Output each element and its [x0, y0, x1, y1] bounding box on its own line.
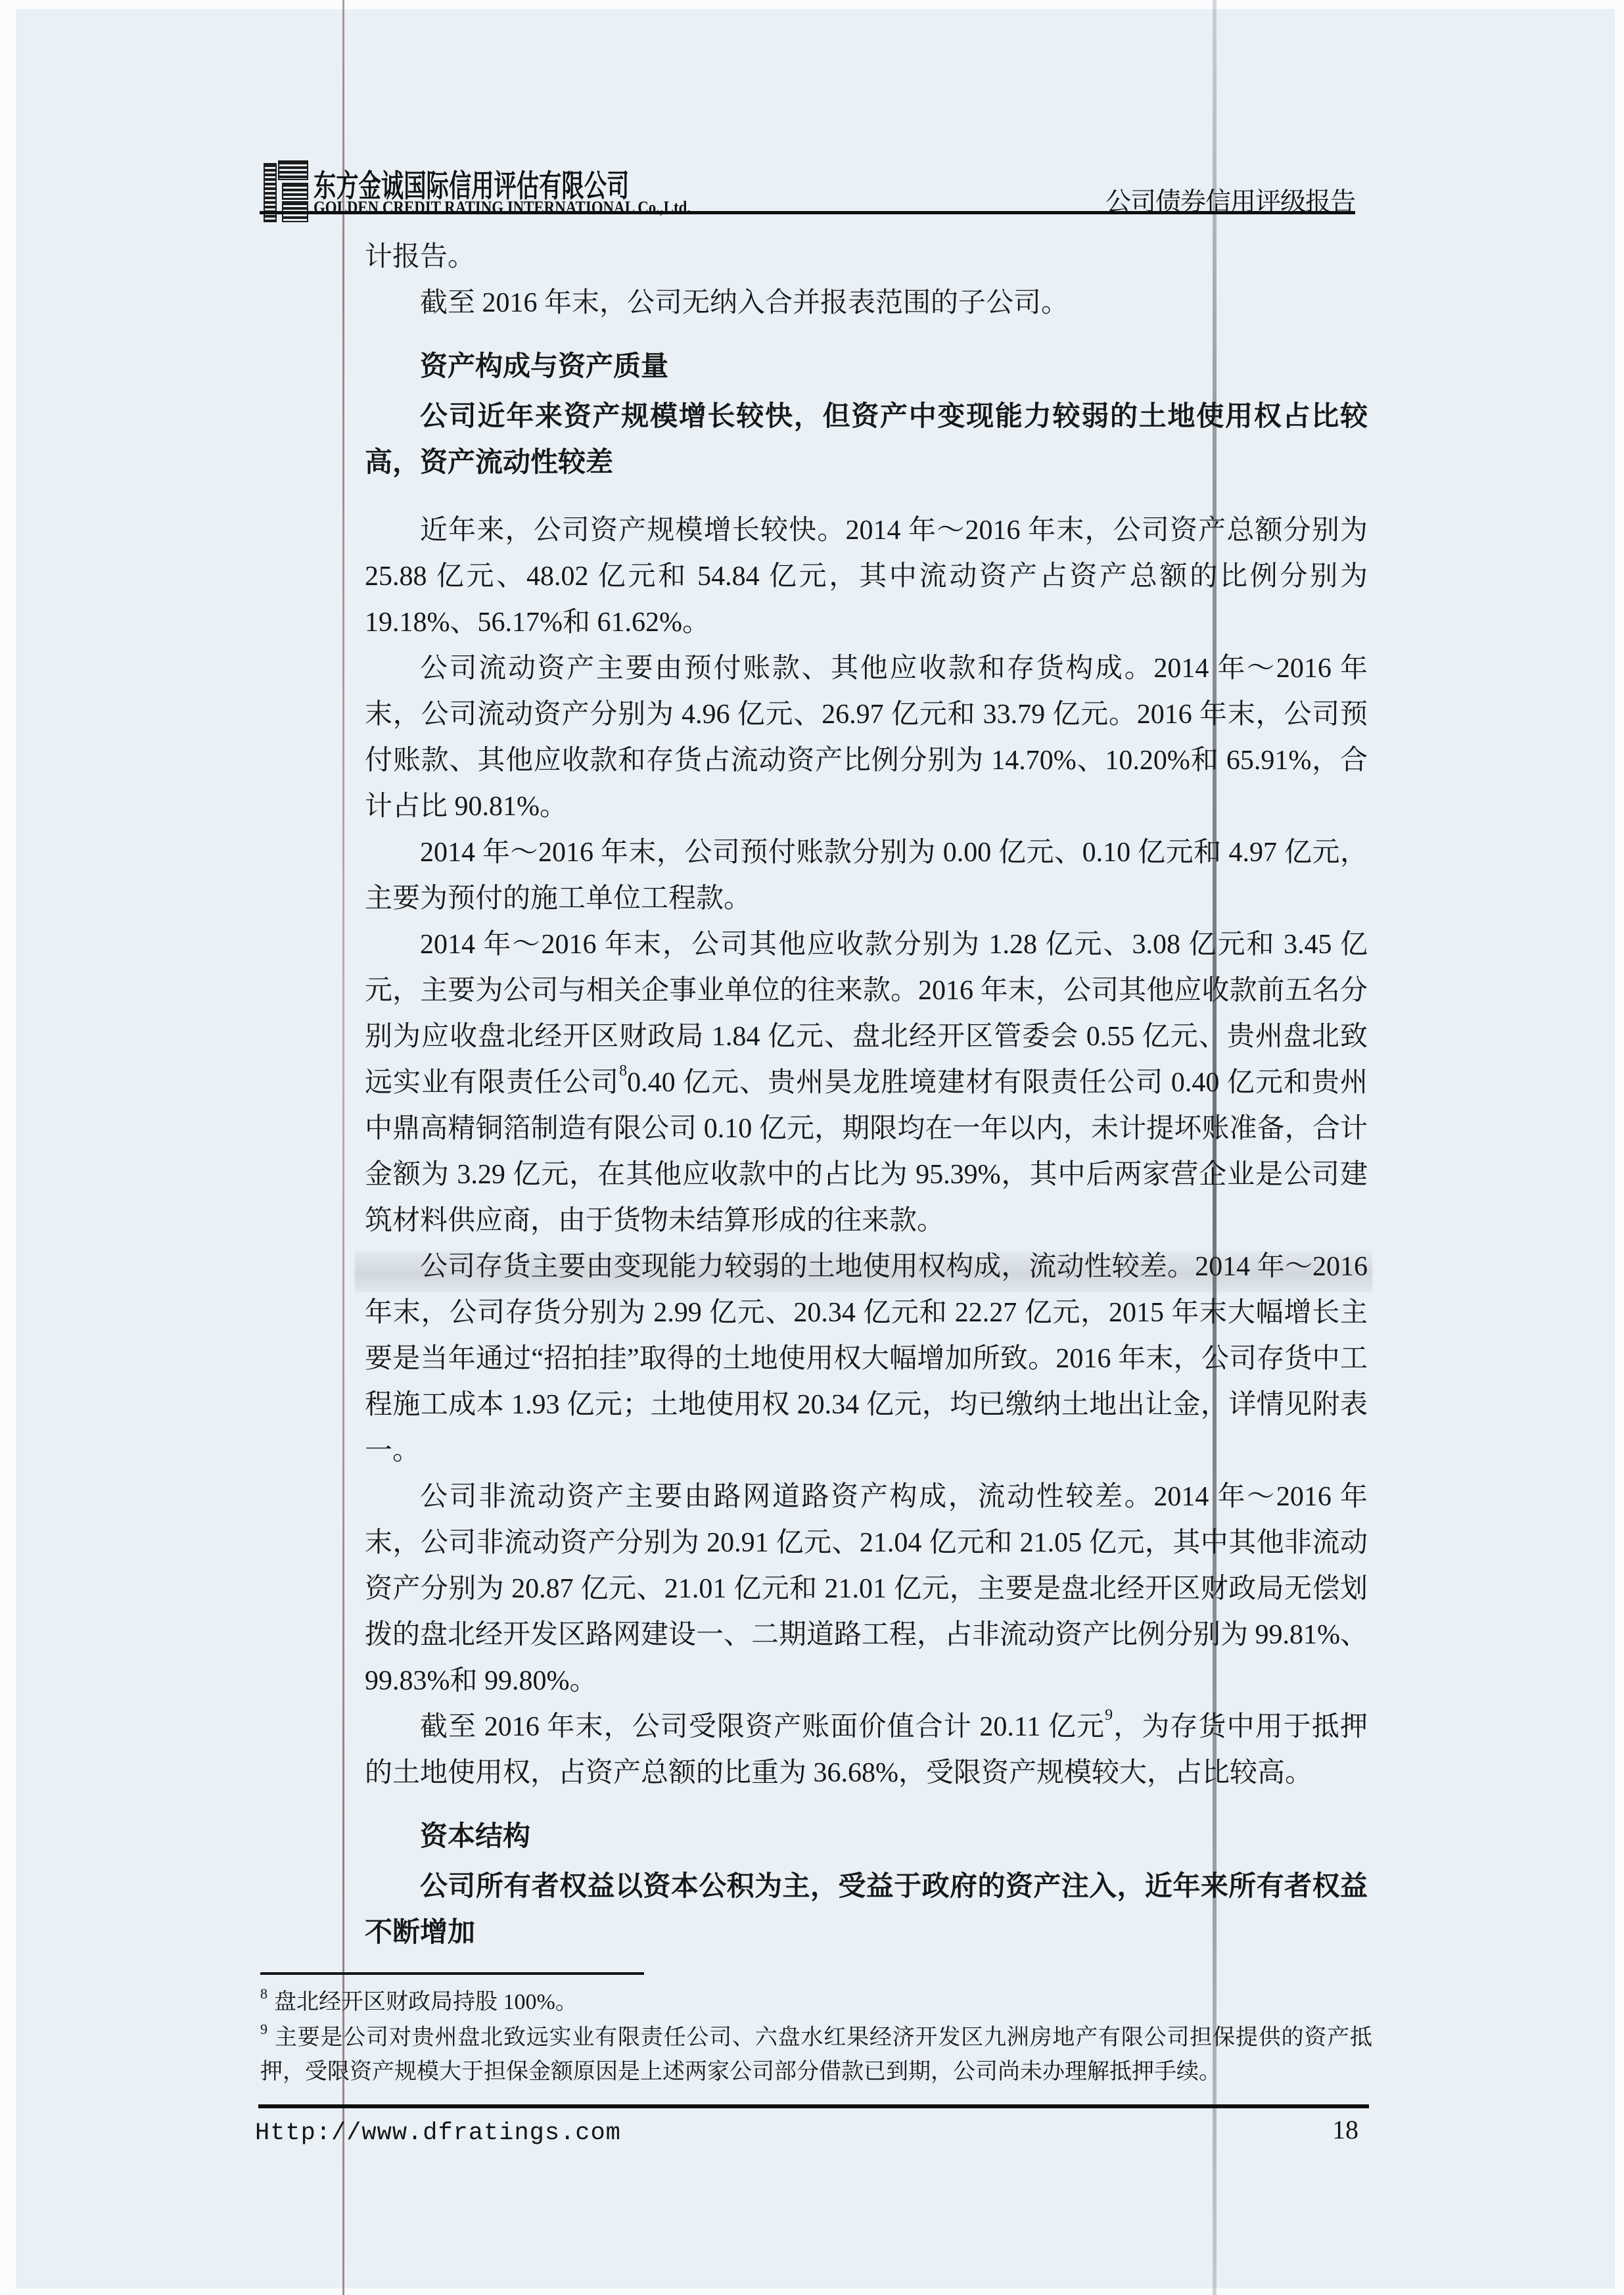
page-number: 18 [1332, 2114, 1358, 2145]
section-heading-asset-composition: 资产构成与资产质量 [365, 343, 1368, 389]
paragraph-prepayments: 2014 年～2016 年末，公司预付账款分别为 0.00 亿元、0.10 亿元… [365, 830, 1368, 922]
scan-margin-bottom [0, 2288, 1624, 2295]
footnotes: 8盘北经开区财政局持股 100%。 9主要是公司对贵州盘北致远实业有限责任公司、… [260, 1985, 1372, 2091]
paragraph-continuation: 计报告。 [365, 234, 1368, 280]
report-body: 计报告。 截至 2016 年末，公司无纳入合并报表范围的子公司。 资产构成与资产… [365, 234, 1368, 1977]
scan-margin-left [0, 0, 16, 2295]
footnote-separator [260, 1972, 644, 1975]
footer-rule [258, 2104, 1369, 2108]
scan-margin-top [0, 0, 1624, 9]
footnote-9-number: 9 [260, 2021, 267, 2037]
paragraph-inventory: 公司存货主要由变现能力较弱的土地使用权构成，流动性较差。2014 年～2016 … [365, 1244, 1368, 1474]
footnote-9: 9主要是公司对贵州盘北致远实业有限责任公司、六盘水红果经济开发区九洲房地产有限公… [260, 2021, 1372, 2089]
footer-url: Http://www.dfratings.com [255, 2119, 621, 2147]
bold-summary-asset-growth: 公司近年来资产规模增长较快，但资产中变现能力较弱的土地使用权占比较高，资产流动性… [365, 393, 1368, 485]
header-rule [260, 211, 1355, 214]
footnote-8-text: 盘北经开区财政局持股 100%。 [274, 1990, 578, 2014]
scan-fold-line-left [342, 0, 344, 2295]
paragraph-noncurrent-assets: 公司非流动资产主要由路网道路资产构成，流动性较差。2014 年～2016 年末，… [365, 1474, 1368, 1704]
company-name-en: GOLDEN CREDIT RATING INTERNATIONAL Co.,L… [313, 198, 691, 218]
paragraph-total-assets: 近年来，公司资产规模增长较快。2014 年～2016 年末，公司资产总额分别为 … [365, 508, 1368, 646]
footnote-8-number: 8 [260, 1985, 267, 2002]
scanned-report-page: 东方金诚国际信用评估有限公司 GOLDEN CREDIT RATING INTE… [0, 0, 1624, 2295]
footnote-8: 8盘北经开区财政局持股 100%。 [260, 1985, 1372, 2020]
section-heading-capital-structure: 资本结构 [365, 1813, 1368, 1859]
paragraph-current-assets: 公司流动资产主要由预付账款、其他应收款和存货构成。2014 年～2016 年末，… [365, 646, 1368, 830]
bold-summary-owners-equity: 公司所有者权益以资本公积为主，受益于政府的资产注入，近年来所有者权益不断增加 [365, 1863, 1368, 1955]
paragraph-restricted-assets: 截至 2016 年末，公司受限资产账面价值合计 20.11 亿元9，为存货中用于… [365, 1704, 1368, 1796]
paragraph-restricted-assets-text-a: 截至 2016 年末，公司受限资产账面价值合计 20.11 亿元 [420, 1712, 1105, 1742]
paragraph-other-receivables: 2014 年～2016 年末，公司其他应收款分别为 1.28 亿元、3.08 亿… [365, 922, 1368, 1244]
paragraph-subsidiaries: 截至 2016 年末，公司无纳入合并报表范围的子公司。 [365, 280, 1368, 326]
footnote-9-text: 主要是公司对贵州盘北致远实业有限责任公司、六盘水红果经济开发区九洲房地产有限公司… [260, 2025, 1372, 2084]
scan-margin-right [1615, 0, 1624, 2295]
footnote-ref-8: 8 [619, 1062, 627, 1079]
footnote-ref-9: 9 [1105, 1707, 1113, 1724]
